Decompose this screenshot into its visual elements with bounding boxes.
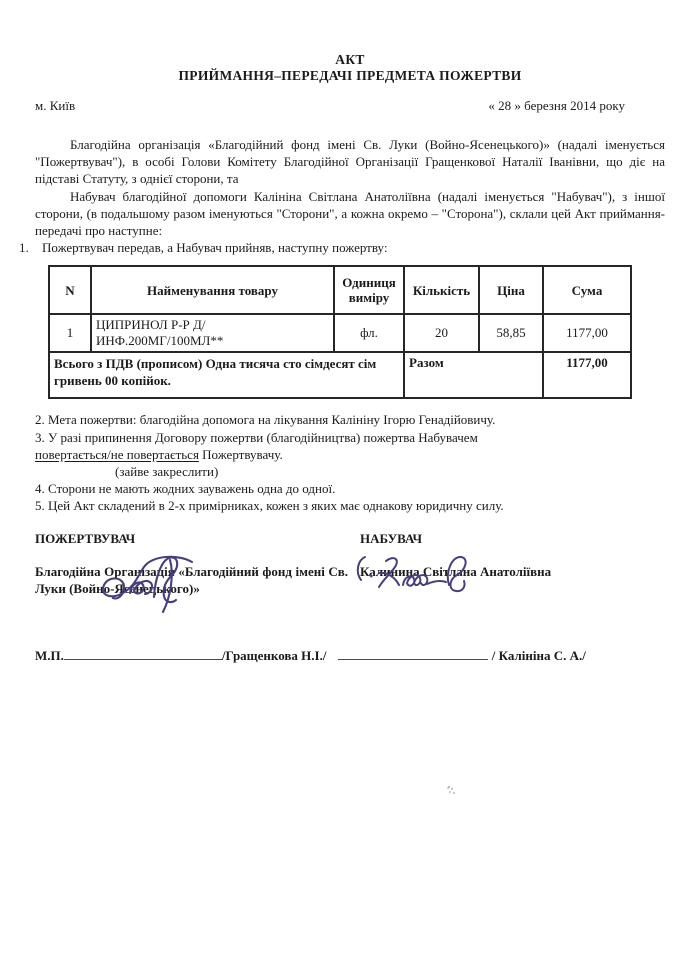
signature-row: М.П./Гращенкова Н.І./ / Калініна С. А./ [35, 646, 665, 664]
clauses-block: 2. Мета пожертви: благодійна допомога на… [35, 411, 665, 514]
col-header-name: Найменування товару [91, 266, 334, 314]
col-header-price: Ціна [479, 266, 543, 314]
cell-price: 58,85 [479, 314, 543, 352]
razom-value: 1177,00 [543, 352, 631, 398]
list-item-1-number: 1. [19, 239, 34, 256]
donor-signed-by: /Гращенкова Н.І./ [222, 648, 327, 663]
col-header-qty: Кількість [404, 266, 479, 314]
donor-signature-line [64, 646, 222, 660]
list-item-1: 1. Пожертвувач передав, а Набувач прийня… [19, 239, 665, 256]
mp-label: М.П. [35, 648, 64, 663]
clause-3-after: Пожертвувачу. [199, 447, 283, 462]
parties-headings: ПОЖЕРТВУВАЧ НАБУВАЧ [35, 531, 665, 547]
title-line-1: АКТ [35, 52, 665, 68]
recipient-signature-line [338, 646, 488, 660]
goods-table-header-row: N Найменування товару Одиниця виміру Кіл… [49, 266, 631, 314]
intro-paragraphs: Благодійна організація «Благодійний фонд… [35, 136, 665, 239]
scanned-document-page: АКТ ПРИЙМАННЯ–ПЕРЕДАЧІ ПРЕДМЕТА ПОЖЕРТВИ… [0, 0, 700, 963]
recipient-signed-by: / Калініна С. А./ [492, 648, 586, 663]
paragraph-donor: Благодійна організація «Благодійний фонд… [35, 136, 665, 188]
meta-row: м. Київ « 28 » березня 2014 року [35, 98, 665, 114]
cell-row-number: 1 [49, 314, 91, 352]
clause-2: 2. Мета пожертви: благодійна допомога на… [35, 411, 665, 428]
scan-speck [448, 786, 450, 788]
paragraph-recipient: Набувач благодійної допомоги Калініна Св… [35, 188, 665, 240]
clause-4: 4. Сторони не мають жодних зауважень одн… [35, 480, 665, 497]
clause-5: 5. Цей Акт складений в 2-х примірниках, … [35, 497, 665, 514]
clause-3-line1: 3. У разі припинення Договору пожертви (… [35, 429, 665, 446]
col-header-unit: Одиниця виміру [334, 266, 404, 314]
document-title: АКТ ПРИЙМАННЯ–ПЕРЕДАЧІ ПРЕДМЕТА ПОЖЕРТВИ [35, 52, 665, 84]
title-line-2: ПРИЙМАННЯ–ПЕРЕДАЧІ ПРЕДМЕТА ПОЖЕРТВИ [35, 68, 665, 84]
recipient-person-name: Калинина Світлана Анатоліївна [360, 563, 665, 598]
col-header-n: N [49, 266, 91, 314]
list-item-1-text: Пожертвувач передав, а Набувач прийняв, … [34, 239, 387, 256]
cell-item-name: ЦИПРИНОЛ Р-Р Д/ИНФ.200МГ/100МЛ** [91, 314, 334, 352]
razom-label: Разом [404, 352, 543, 398]
clause-3-underlined: повертається/не повертається [35, 447, 199, 462]
goods-table-row: 1 ЦИПРИНОЛ Р-Р Д/ИНФ.200МГ/100МЛ** фл. 2… [49, 314, 631, 352]
cell-sum: 1177,00 [543, 314, 631, 352]
recipient-heading: НАБУВАЧ [360, 531, 665, 547]
city-label: м. Київ [35, 98, 75, 114]
donor-org-name: Благодійна Організація «Благодійний фонд… [35, 563, 360, 598]
col-header-sum: Сума [543, 266, 631, 314]
goods-table-footer-row: Всього з ПДВ (прописом) Одна тисяча сто … [49, 352, 631, 398]
cell-quantity: 20 [404, 314, 479, 352]
document-content: АКТ ПРИЙМАННЯ–ПЕРЕДАЧІ ПРЕДМЕТА ПОЖЕРТВИ… [0, 0, 700, 664]
cell-unit: фл. [334, 314, 404, 352]
date-label: « 28 » березня 2014 року [488, 98, 665, 114]
clause-3-line2: повертається/не повертається Пожертвувач… [35, 446, 665, 463]
parties-names: Благодійна Організація «Благодійний фонд… [35, 563, 665, 598]
total-in-words: Всього з ПДВ (прописом) Одна тисяча сто … [49, 352, 404, 398]
clause-3-note: (зайве закреслити) [35, 463, 665, 480]
goods-table: N Найменування товару Одиниця виміру Кіл… [48, 265, 632, 399]
donor-heading: ПОЖЕРТВУВАЧ [35, 531, 360, 547]
